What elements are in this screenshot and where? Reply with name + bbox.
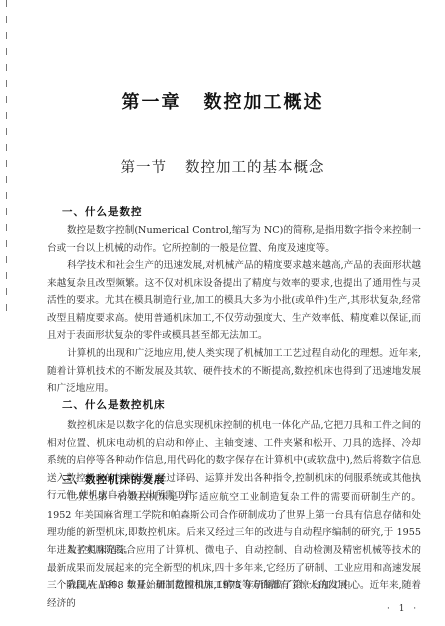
subsection-heading: 一、什么是数控 [62, 204, 143, 219]
paragraph: 数控是数字控制(Numerical Control,缩写为 NC)的简称,是指用… [47, 222, 421, 257]
section-label: 第一节 [121, 160, 168, 176]
chapter-title: 第一章数控加工概述 [0, 88, 445, 114]
section-title: 第一节数控加工的基本概念 [0, 156, 445, 177]
section-title-text: 数控加工的基本概念 [185, 160, 325, 176]
chapter-label: 第一章 [122, 92, 182, 113]
paragraph: 我国从 1958 年开始研制数控机床,1975 年研制出了第一台加工中心。近年来… [47, 577, 421, 612]
chapter-title-text: 数控加工概述 [204, 92, 324, 113]
subsection-heading: 二、什么是数控机床 [62, 397, 166, 412]
subsection-heading: 三、数控机床的发展 [62, 472, 166, 487]
paragraph: 科学技术和社会生产的迅速发展,对机械产品的精度要求越来越高,产品的表面形状越来越… [47, 257, 421, 345]
page-number: · 1 · [387, 604, 419, 614]
paragraph: 计算机的出现和广泛地应用,使人类实现了机械加工工艺过程自动化的理想。近年来,随着… [47, 345, 421, 398]
